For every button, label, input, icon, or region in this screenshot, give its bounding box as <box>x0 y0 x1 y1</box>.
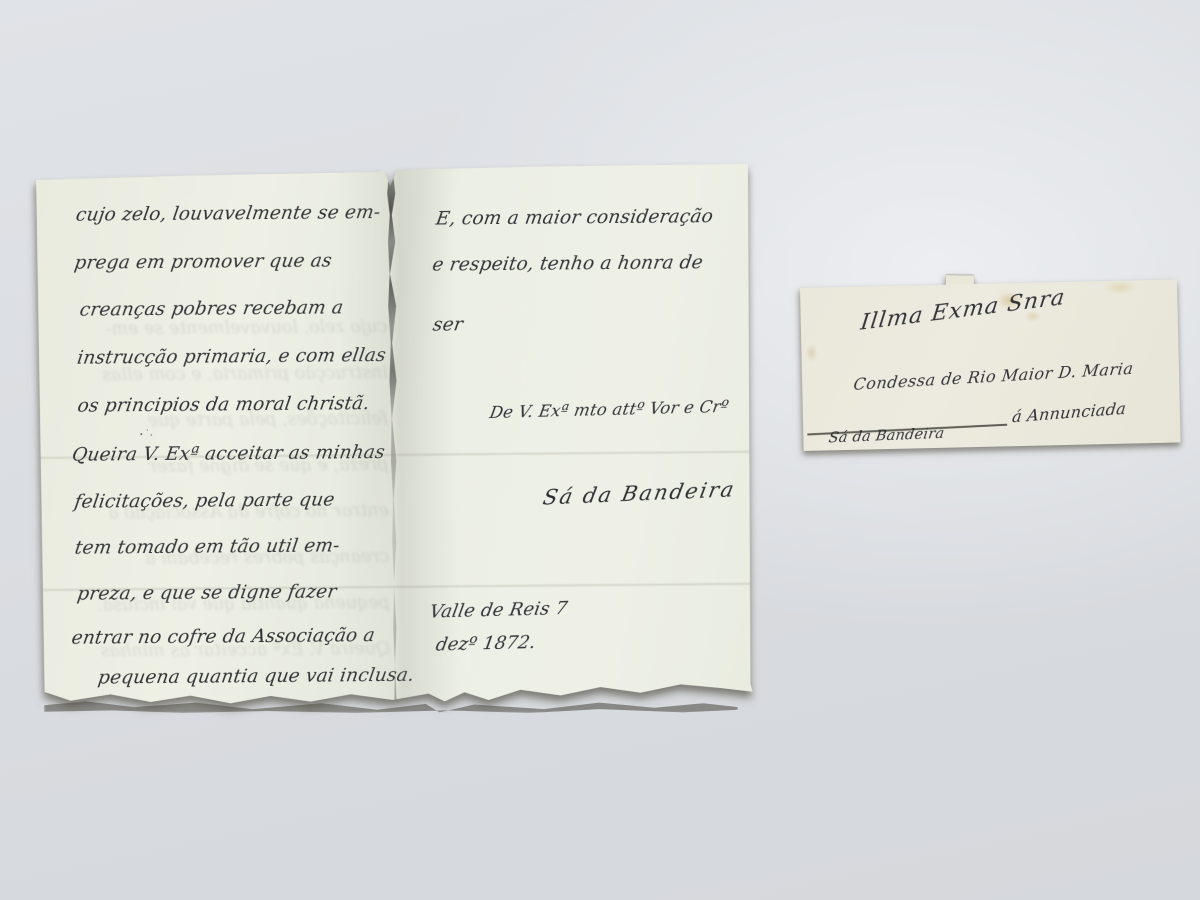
handwriting-line: os principios da moral christã. <box>76 393 371 417</box>
handwriting-line: felicitações, pela parte que <box>73 489 336 512</box>
closing-line: ser <box>431 314 464 335</box>
letter-page-right: E, com a maior consideração e respeito, … <box>36 164 748 170</box>
handwriting-line: pequena quantia que vai inclusa. <box>97 665 416 689</box>
valediction-line: De V. Exª mto attº Vor e Crº <box>488 397 730 422</box>
center-fold-tear <box>387 167 400 702</box>
closing-line: e respeito, tenho a honra de <box>431 252 705 275</box>
letter-page-left: cujo zelo, louvavelmente se em- prega em… <box>36 164 748 170</box>
envelope-honorific: Illma Exma Snra <box>859 285 1067 336</box>
handwriting-line: instrucção primaria, e com ellas <box>76 345 388 369</box>
handwriting-line: entrar no cofre da Associação a <box>70 625 376 649</box>
envelope-card: Illma Exma Snra Condessa de Rio Maior D.… <box>800 279 1181 451</box>
envelope-recipient-line: Condessa de Rio Maior D. Maria <box>852 359 1134 394</box>
handwriting-line: tem tomado em tão util em- <box>73 535 341 558</box>
letter-paper: cujo zelo, louvavelmente se em- instrucç… <box>36 164 753 705</box>
place-line: Valle de Reis 7 <box>428 598 569 623</box>
handwriting-line: creanças pobres recebam a <box>78 297 344 320</box>
date-line: dezº 1872. <box>434 632 537 656</box>
photo-background: cujo zelo, louvavelmente se em- instrucç… <box>0 0 1200 900</box>
foxing-stain <box>805 344 817 362</box>
ink-spatter <box>138 427 154 437</box>
handwriting-line: cujo zelo, louvavelmente se em- <box>74 202 381 226</box>
envelope-destination: á Annunciada <box>1011 399 1127 427</box>
envelope-face: Illma Exma Snra Condessa de Rio Maior D.… <box>800 279 1181 451</box>
signature-handwriting: Sá da Bandeira <box>541 477 738 509</box>
envelope-sender-signature: Sá da Bandeira <box>828 426 946 447</box>
foxing-stain <box>1104 280 1136 295</box>
handwriting-line: prega em promover que as <box>73 250 333 273</box>
letter-bifolium: cujo zelo, louvavelmente se em- instrucç… <box>36 164 753 705</box>
closing-line: E, com a maior consideração <box>435 206 715 229</box>
